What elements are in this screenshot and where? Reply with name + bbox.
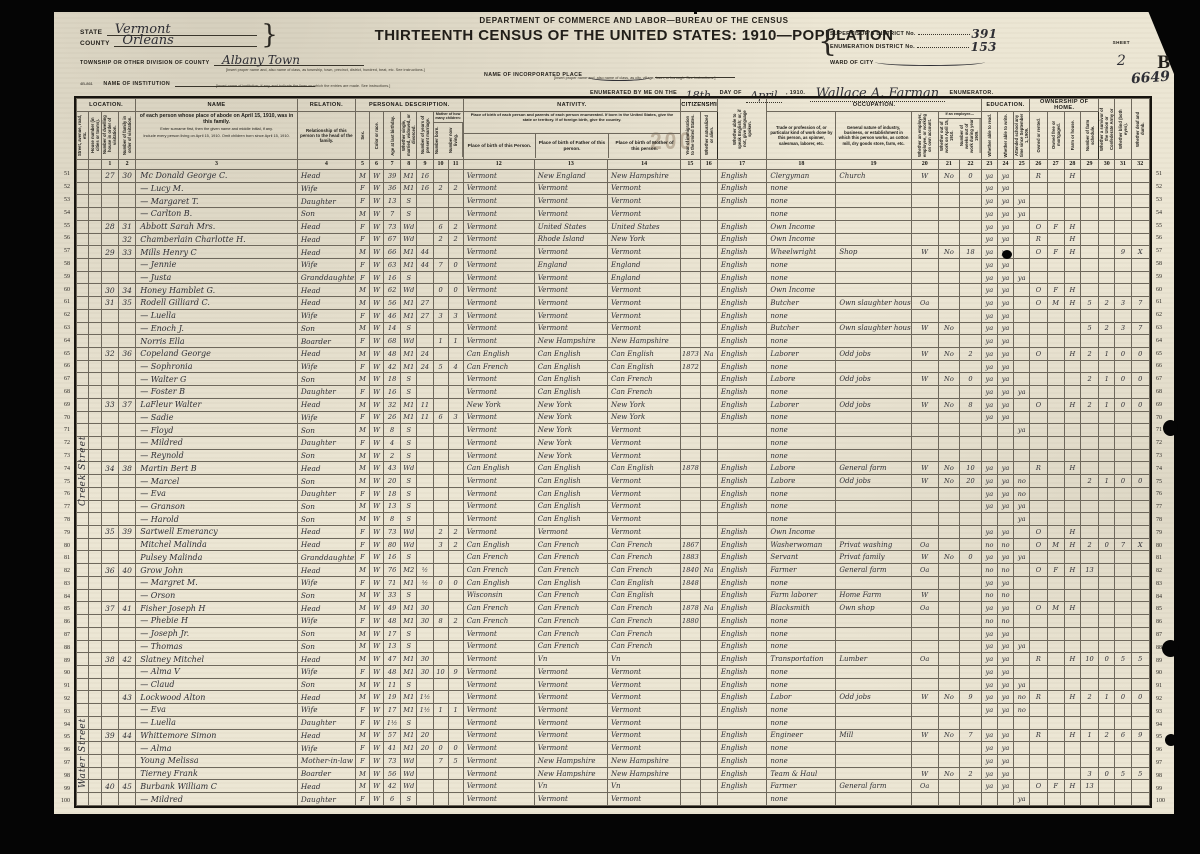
- cell-school: ya: [1014, 500, 1030, 513]
- cell-father-birthplace: England: [534, 258, 607, 271]
- township-note: [Insert proper name and, also name of cl…: [226, 68, 476, 72]
- cell-street: [77, 246, 89, 259]
- cell-mortgage: F: [1047, 246, 1064, 259]
- cell-house-number: [88, 729, 101, 742]
- cell-veteran: [1099, 437, 1115, 450]
- cell-occupation: none: [767, 335, 836, 348]
- cell-mother-birthplace: Can English: [608, 347, 681, 360]
- cell-language: [717, 208, 767, 221]
- cell-dwelling-number: [101, 513, 118, 526]
- cell-out-of-work: [938, 182, 960, 195]
- cell-children-born: [433, 195, 448, 208]
- cell-color: W: [369, 182, 383, 195]
- line-number: 78: [57, 514, 72, 527]
- line-number: 52: [57, 181, 72, 194]
- cell-mortgage: [1047, 793, 1064, 806]
- cell-out-of-work: No: [938, 373, 960, 386]
- cell-name: — Sadie: [136, 411, 298, 424]
- cell-naturalized: [700, 665, 717, 678]
- cell-sex: M: [355, 475, 369, 488]
- cell-marital-status: Wd: [401, 780, 417, 793]
- line-number: 60: [57, 283, 72, 296]
- line-number: 97: [1154, 757, 1170, 770]
- cell-out-of-work: [938, 437, 960, 450]
- cell-out-of-work: [938, 424, 960, 437]
- cell-industry: [836, 615, 911, 628]
- cell-read: ya: [981, 398, 997, 411]
- cell-children-living: 0: [448, 258, 463, 271]
- cell-birthplace: Vermont: [463, 513, 534, 526]
- cell-name: Tierney Frank: [136, 767, 298, 780]
- cell-mortgage: [1047, 615, 1064, 628]
- cell-birthplace: Vermont: [463, 640, 534, 653]
- cell-name: — Enoch J.: [136, 322, 298, 335]
- cell-children-born: [433, 551, 448, 564]
- cell-name: — Walter G: [136, 373, 298, 386]
- cell-years-married: [417, 335, 433, 348]
- cell-farm-schedule: 10: [1080, 653, 1098, 666]
- cell-name: Rodell Gilliard C.: [136, 297, 298, 310]
- cell-relation: Wife: [297, 742, 355, 755]
- cell-read: no: [981, 538, 997, 551]
- cell-occupation: none: [767, 678, 836, 691]
- cell-read: ya: [981, 526, 997, 539]
- line-number: 80: [57, 539, 72, 552]
- cell-out-of-work: [938, 704, 960, 717]
- cell-birthplace: Vermont: [463, 220, 534, 233]
- cell-mortgage: [1047, 653, 1064, 666]
- cell-write: ya: [997, 640, 1013, 653]
- cell-mortgage: [1047, 729, 1064, 742]
- cell-color: W: [369, 627, 383, 640]
- cell-years-married: [417, 373, 433, 386]
- cell-age: 16: [383, 271, 400, 284]
- cell-deaf: 0: [1131, 475, 1149, 488]
- cell-age: 80: [383, 538, 400, 551]
- cell-street: [77, 551, 89, 564]
- cell-mortgage: [1047, 462, 1064, 475]
- cell-relation: Head: [297, 653, 355, 666]
- cell-school: [1014, 284, 1030, 297]
- cell-family-number: [119, 182, 136, 195]
- cell-deaf: [1131, 602, 1149, 615]
- cell-age: 6: [383, 793, 400, 806]
- cell-read: ya: [981, 704, 997, 717]
- cell-sex: F: [355, 258, 369, 271]
- brace-glyph: }: [261, 20, 278, 50]
- cell-birthplace: Vermont: [463, 297, 534, 310]
- cell-family-number: [119, 208, 136, 221]
- cell-naturalized: [700, 449, 717, 462]
- cell-blind: [1115, 589, 1131, 602]
- table-row: — HaroldSonMW8SVermontCan EnglishVermont…: [77, 513, 1150, 526]
- institution-note: [Insert name of institution, if any, and…: [216, 84, 486, 88]
- cell-dwelling-number: [101, 475, 118, 488]
- cell-naturalized: [700, 678, 717, 691]
- cell-name: — Eva: [136, 704, 298, 717]
- cell-sex: M: [355, 322, 369, 335]
- line-number: 89: [57, 654, 72, 667]
- cell-farm-schedule: [1080, 627, 1098, 640]
- cell-sex: M: [355, 208, 369, 221]
- cell-marital-status: S: [401, 500, 417, 513]
- cell-occupation: none: [767, 576, 836, 589]
- line-number: 80: [1154, 539, 1170, 552]
- cell-marital-status: M1: [401, 398, 417, 411]
- cell-home-owned: [1030, 411, 1047, 424]
- cell-occupation: none: [767, 182, 836, 195]
- cell-street: [77, 602, 89, 615]
- cell-years-married: 16: [417, 169, 433, 182]
- cell-years-married: [417, 195, 433, 208]
- cell-school: ya: [1014, 195, 1030, 208]
- cell-farm-schedule: 2: [1080, 398, 1098, 411]
- cell-father-birthplace: Vermont: [534, 526, 607, 539]
- cell-marital-status: M1: [401, 653, 417, 666]
- cell-write: ya: [997, 208, 1013, 221]
- cell-industry: [836, 793, 911, 806]
- cell-out-of-work: [938, 627, 960, 640]
- cell-years-married: [417, 678, 433, 691]
- cell-naturalized: [700, 487, 717, 500]
- cell-house-number: [88, 793, 101, 806]
- cell-blind: [1115, 602, 1131, 615]
- cell-age: 4: [383, 437, 400, 450]
- cell-language: [717, 449, 767, 462]
- cell-read: no: [981, 564, 997, 577]
- cell-immigration-year: [681, 716, 700, 729]
- column-number: 9: [417, 159, 433, 169]
- cell-mortgage: [1047, 640, 1064, 653]
- cell-employer-status: W: [911, 691, 938, 704]
- cell-farm-schedule: 2: [1080, 691, 1098, 704]
- cell-mortgage: [1047, 487, 1064, 500]
- cell-age: 20: [383, 475, 400, 488]
- cell-occupation: none: [767, 513, 836, 526]
- cell-age: 42: [383, 360, 400, 373]
- cell-deaf: X: [1131, 538, 1149, 551]
- cell-children-living: 1: [448, 335, 463, 348]
- cell-sex: F: [355, 716, 369, 729]
- cell-industry: Odd jobs: [836, 398, 911, 411]
- cell-out-of-work: [938, 678, 960, 691]
- cell-read: ya: [981, 487, 997, 500]
- cell-marital-status: S: [401, 195, 417, 208]
- cell-immigration-year: [681, 665, 700, 678]
- cell-years-married: 16: [417, 182, 433, 195]
- table-row: — Alma VWifeFW48M130109VermontVermontVer…: [77, 665, 1150, 678]
- cell-immigration-year: 1848: [681, 576, 700, 589]
- column-number: 29: [1080, 159, 1098, 169]
- cell-school: [1014, 335, 1030, 348]
- cell-house-number: [88, 233, 101, 246]
- cell-relation: Granddaughter: [297, 551, 355, 564]
- cell-weeks-out: [960, 437, 982, 450]
- cell-dwelling-number: [101, 258, 118, 271]
- cell-street: [77, 793, 89, 806]
- cell-years-married: 1½: [417, 704, 433, 717]
- cell-read: ya: [981, 258, 997, 271]
- cell-language: English: [717, 500, 767, 513]
- cell-children-living: [448, 500, 463, 513]
- cell-immigration-year: [681, 182, 700, 195]
- cell-naturalized: [700, 437, 717, 450]
- cell-street: [77, 589, 89, 602]
- table-row: — EvaDaughterFW18SVermontCan EnglishVerm…: [77, 487, 1150, 500]
- cell-years-married: 24: [417, 347, 433, 360]
- cell-children-living: 3: [448, 309, 463, 322]
- cell-read: ya: [981, 182, 997, 195]
- cell-dwelling-number: [101, 793, 118, 806]
- cell-employer-status: [911, 665, 938, 678]
- cell-industry: [836, 767, 911, 780]
- cell-years-married: [417, 640, 433, 653]
- cell-immigration-year: [681, 500, 700, 513]
- cell-street: [77, 526, 89, 539]
- cell-industry: [836, 386, 911, 399]
- cell-color: W: [369, 500, 383, 513]
- cell-marital-status: S: [401, 437, 417, 450]
- cell-father-birthplace: United States: [534, 220, 607, 233]
- table-row: 3337LaFleur WalterHeadMW32M111New YorkNe…: [77, 398, 1150, 411]
- cell-language: English: [717, 742, 767, 755]
- cell-relation: Son: [297, 500, 355, 513]
- cell-mother-birthplace: Can French: [608, 373, 681, 386]
- cell-father-birthplace: New York: [534, 424, 607, 437]
- cell-farm-or-house: [1064, 615, 1080, 628]
- cell-write: ya: [997, 780, 1013, 793]
- cell-out-of-work: [938, 576, 960, 589]
- cell-mother-birthplace: Vermont: [608, 742, 681, 755]
- cell-occupation: Butcher: [767, 297, 836, 310]
- table-row: Pulsey MalindaGranddaughterFW16SCan Fren…: [77, 551, 1150, 564]
- cell-language: English: [717, 729, 767, 742]
- cell-family-number: [119, 424, 136, 437]
- cell-write: ya: [997, 335, 1013, 348]
- cell-occupation: Wheelwright: [767, 246, 836, 259]
- cell-father-birthplace: Vermont: [534, 729, 607, 742]
- cell-farm-or-house: [1064, 678, 1080, 691]
- cell-out-of-work: [938, 297, 960, 310]
- line-number: 76: [1154, 488, 1170, 501]
- cell-dwelling-number: [101, 615, 118, 628]
- cell-mortgage: F: [1047, 780, 1064, 793]
- cell-relation: Head: [297, 297, 355, 310]
- cell-mortgage: [1047, 360, 1064, 373]
- cell-farm-schedule: [1080, 182, 1098, 195]
- cell-father-birthplace: Vermont: [534, 793, 607, 806]
- cell-veteran: [1099, 551, 1115, 564]
- cell-naturalized: [700, 716, 717, 729]
- cell-birthplace: Can French: [463, 615, 534, 628]
- cell-school: [1014, 767, 1030, 780]
- cell-relation: Wife: [297, 615, 355, 628]
- column-number: 32: [1131, 159, 1149, 169]
- cell-relation: Head: [297, 462, 355, 475]
- cell-immigration-year: [681, 742, 700, 755]
- cell-write: ya: [997, 233, 1013, 246]
- cell-children-born: [433, 297, 448, 310]
- cell-veteran: [1099, 704, 1115, 717]
- sheet-label: SHEET: [1113, 40, 1130, 45]
- cell-relation: Daughter: [297, 716, 355, 729]
- cell-children-living: [448, 678, 463, 691]
- cell-out-of-work: [938, 487, 960, 500]
- cell-birthplace: Vermont: [463, 424, 534, 437]
- cell-read: ya: [981, 767, 997, 780]
- cell-children-born: [433, 691, 448, 704]
- cell-children-born: [433, 780, 448, 793]
- cell-home-owned: R: [1030, 169, 1047, 182]
- cell-birthplace: Vermont: [463, 258, 534, 271]
- cell-mortgage: [1047, 169, 1064, 182]
- cell-mortgage: [1047, 691, 1064, 704]
- cell-marital-status: M1: [401, 704, 417, 717]
- cell-veteran: [1099, 665, 1115, 678]
- cell-house-number: [88, 602, 101, 615]
- cell-blind: [1115, 309, 1131, 322]
- cell-farm-schedule: [1080, 526, 1098, 539]
- cell-write: [997, 437, 1013, 450]
- cell-children-living: [448, 487, 463, 500]
- line-number: 70: [57, 411, 72, 424]
- cell-occupation: Transportation: [767, 653, 836, 666]
- cell-street: [77, 513, 89, 526]
- cell-weeks-out: [960, 754, 982, 767]
- cell-family-number: 35: [119, 297, 136, 310]
- cell-industry: [836, 360, 911, 373]
- cell-mother-birthplace: Vermont: [608, 182, 681, 195]
- cell-naturalized: [700, 182, 717, 195]
- line-number: 93: [1154, 705, 1170, 718]
- cell-father-birthplace: Vermont: [534, 182, 607, 195]
- cell-farm-or-house: [1064, 576, 1080, 589]
- cell-family-number: [119, 487, 136, 500]
- cell-house-number: [88, 449, 101, 462]
- cell-age: 73: [383, 526, 400, 539]
- cell-street: [77, 615, 89, 628]
- cell-naturalized: [700, 284, 717, 297]
- cell-name: — Joseph Jr.: [136, 627, 298, 640]
- cell-children-living: 2: [448, 182, 463, 195]
- cell-veteran: [1099, 780, 1115, 793]
- cell-family-number: 42: [119, 653, 136, 666]
- cell-out-of-work: [938, 538, 960, 551]
- cell-naturalized: [700, 615, 717, 628]
- cell-mother-birthplace: Vermont: [608, 449, 681, 462]
- table-row: — Lucy M.WifeFW36M11622VermontVermontVer…: [77, 182, 1150, 195]
- cell-school: [1014, 411, 1030, 424]
- cell-birthplace: Can French: [463, 360, 534, 373]
- cell-employer-status: Oa: [911, 653, 938, 666]
- cell-dwelling-number: 34: [101, 462, 118, 475]
- cell-sex: M: [355, 373, 369, 386]
- cell-home-owned: [1030, 271, 1047, 284]
- cell-school: [1014, 653, 1030, 666]
- cell-name: Fisher Joseph H: [136, 602, 298, 615]
- institution-label: NAME OF INSTITUTION: [103, 81, 170, 87]
- cell-immigration-year: [681, 386, 700, 399]
- cell-school: [1014, 373, 1030, 386]
- cell-farm-or-house: [1064, 716, 1080, 729]
- cell-occupation: Butcher: [767, 322, 836, 335]
- cell-weeks-out: [960, 182, 982, 195]
- cell-naturalized: [700, 742, 717, 755]
- cell-read: ya: [981, 373, 997, 386]
- cell-veteran: [1099, 271, 1115, 284]
- group-citizenship: CITIZENSHIP.: [681, 99, 718, 112]
- cell-house-number: [88, 297, 101, 310]
- cell-read: ya: [981, 742, 997, 755]
- cell-blind: 5: [1115, 767, 1131, 780]
- cell-blind: [1115, 487, 1131, 500]
- cell-immigration-year: [681, 322, 700, 335]
- cell-house-number: [88, 373, 101, 386]
- cell-family-number: 34: [119, 284, 136, 297]
- cell-family-number: [119, 386, 136, 399]
- cell-name: LaFleur Walter: [136, 398, 298, 411]
- cell-school: [1014, 576, 1030, 589]
- cell-naturalized: [700, 335, 717, 348]
- cell-father-birthplace: Vermont: [534, 208, 607, 221]
- cell-mother-birthplace: Vermont: [608, 716, 681, 729]
- cell-naturalized: [700, 424, 717, 437]
- cell-out-of-work: [938, 716, 960, 729]
- cell-father-birthplace: Can English: [534, 462, 607, 475]
- cell-naturalized: [700, 297, 717, 310]
- cell-school: no: [1014, 691, 1030, 704]
- census-table: LOCATION. NAME RELATION. PERSONAL DESCRI…: [76, 98, 1150, 806]
- cell-read: ya: [981, 347, 997, 360]
- cell-father-birthplace: New York: [534, 449, 607, 462]
- cell-mortgage: M: [1047, 602, 1064, 615]
- cell-weeks-out: [960, 322, 982, 335]
- cell-years-married: [417, 526, 433, 539]
- cell-farm-schedule: [1080, 424, 1098, 437]
- cell-color: W: [369, 411, 383, 424]
- cell-years-married: [417, 475, 433, 488]
- cell-father-birthplace: Vermont: [534, 691, 607, 704]
- cell-family-number: [119, 538, 136, 551]
- cell-family-number: [119, 258, 136, 271]
- cell-name: Chamberlain Charlotte H.: [136, 233, 298, 246]
- cell-read: ya: [981, 691, 997, 704]
- cell-industry: Odd jobs: [836, 691, 911, 704]
- cell-weeks-out: [960, 195, 982, 208]
- cell-name: Sartwell Emerancy: [136, 526, 298, 539]
- cell-out-of-work: [938, 640, 960, 653]
- cell-occupation: none: [767, 424, 836, 437]
- cell-write: ya: [997, 742, 1013, 755]
- line-number: 68: [57, 386, 72, 399]
- cell-mother-birthplace: Vermont: [608, 475, 681, 488]
- cell-read: ya: [981, 653, 997, 666]
- form-header: STATE Vermont } COUNTY Orleans TOWNSHIP …: [54, 12, 1174, 98]
- cell-immigration-year: [681, 233, 700, 246]
- cell-street: [77, 653, 89, 666]
- cell-marital-status: S: [401, 716, 417, 729]
- cell-language: English: [717, 335, 767, 348]
- cell-mortgage: [1047, 627, 1064, 640]
- cell-sex: F: [355, 742, 369, 755]
- cell-house-number: [88, 742, 101, 755]
- cell-language: English: [717, 589, 767, 602]
- cell-veteran: [1099, 246, 1115, 259]
- cell-birthplace: Vermont: [463, 246, 534, 259]
- cell-weeks-out: [960, 309, 982, 322]
- cell-mother-birthplace: England: [608, 271, 681, 284]
- cell-sex: M: [355, 602, 369, 615]
